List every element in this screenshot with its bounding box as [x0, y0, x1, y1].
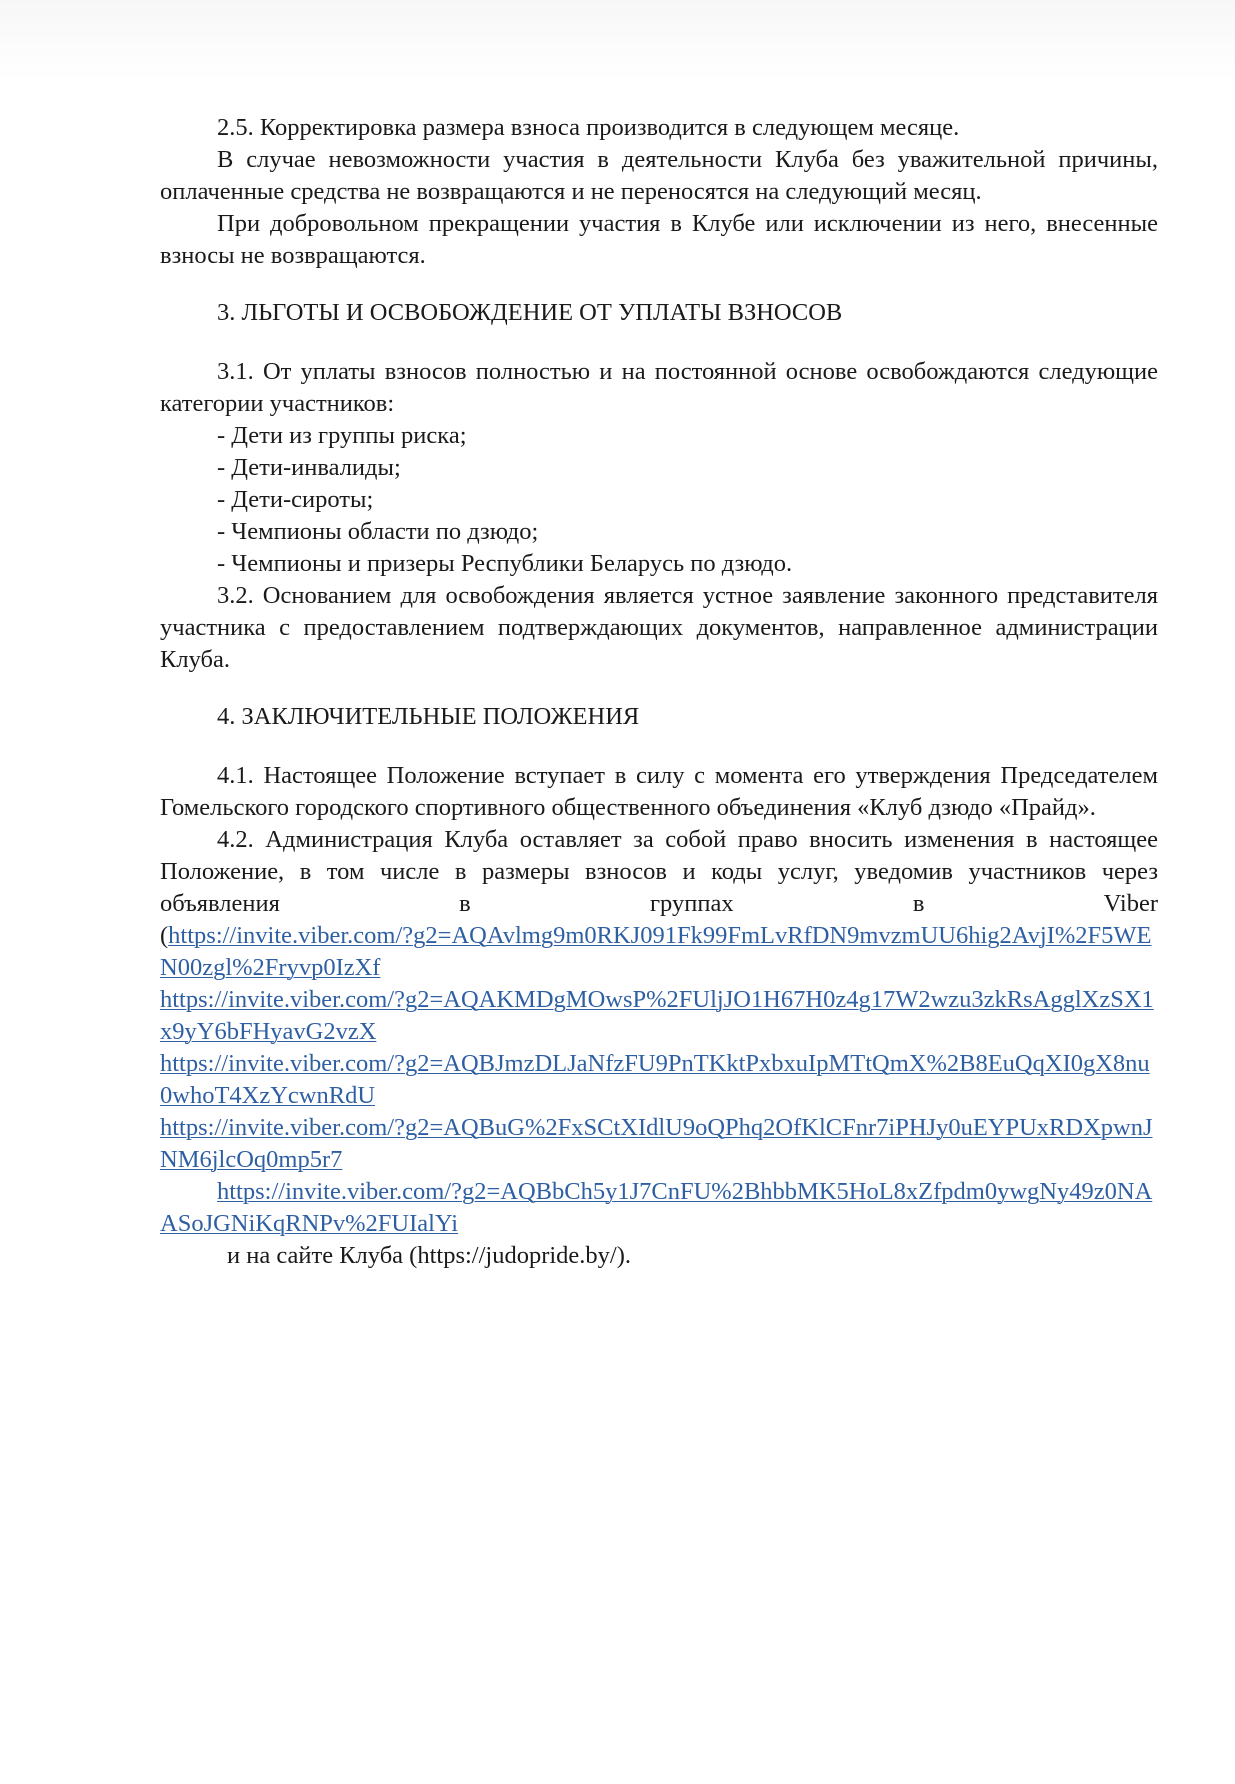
viber-link-line: https://invite.viber.com/?g2=AQBJmzDLJaN… — [160, 1048, 1158, 1112]
paragraph-2-5: 2.5. Корректировка размера взноса произв… — [160, 112, 1158, 144]
viber-group-link-5[interactable]: https://invite.viber.com/?g2=AQBbCh5y1J7… — [160, 1178, 1152, 1237]
document-page: 2.5. Корректировка размера взноса произв… — [160, 112, 1158, 1272]
viber-link-line: https://invite.viber.com/?g2=AQBbCh5y1J7… — [160, 1176, 1158, 1240]
viber-group-link-4[interactable]: https://invite.viber.com/?g2=AQBuG%2FxSC… — [160, 1114, 1153, 1173]
viber-link-line: https://invite.viber.com/?g2=AQAKMDgMOws… — [160, 984, 1158, 1048]
paragraph-voluntary-termination: При добровольном прекращении участия в К… — [160, 208, 1158, 272]
viber-group-link-1[interactable]: https://invite.viber.com/?g2=AQAvlmg9m0R… — [160, 922, 1152, 981]
paragraph-4-1: 4.1. Настоящее Положение вступает в силу… — [160, 760, 1158, 824]
open-paren: ( — [160, 922, 168, 949]
viber-group-link-2[interactable]: https://invite.viber.com/?g2=AQAKMDgMOws… — [160, 986, 1154, 1045]
paragraph-4-2: 4.2. Администрация Клуба оставляет за со… — [160, 824, 1158, 920]
paragraph-3-1: 3.1. От уплаты взносов полностью и на по… — [160, 356, 1158, 420]
list-item: - Чемпионы области по дзюдо; — [160, 516, 1158, 548]
club-site-line: и на сайте Клуба (https://judopride.by/)… — [160, 1240, 1158, 1272]
section-4-heading: 4. ЗАКЛЮЧИТЕЛЬНЫЕ ПОЛОЖЕНИЯ — [160, 701, 1158, 733]
list-item: - Дети из группы риска; — [160, 420, 1158, 452]
viber-link-line: (https://invite.viber.com/?g2=AQAvlmg9m0… — [160, 920, 1158, 984]
list-item: - Чемпионы и призеры Республики Беларусь… — [160, 548, 1158, 580]
paragraph-no-refund: В случае невозможности участия в деятель… — [160, 144, 1158, 208]
paragraph-3-2: 3.2. Основанием для освобождения являетс… — [160, 580, 1158, 676]
list-item: - Дети-сироты; — [160, 484, 1158, 516]
list-item: - Дети-инвалиды; — [160, 452, 1158, 484]
page-top-shade — [0, 0, 1235, 80]
section-3-heading: 3. ЛЬГОТЫ И ОСВОБОЖДЕНИЕ ОТ УПЛАТЫ ВЗНОС… — [160, 297, 1158, 329]
viber-link-line: https://invite.viber.com/?g2=AQBuG%2FxSC… — [160, 1112, 1158, 1176]
viber-group-link-3[interactable]: https://invite.viber.com/?g2=AQBJmzDLJaN… — [160, 1050, 1150, 1109]
